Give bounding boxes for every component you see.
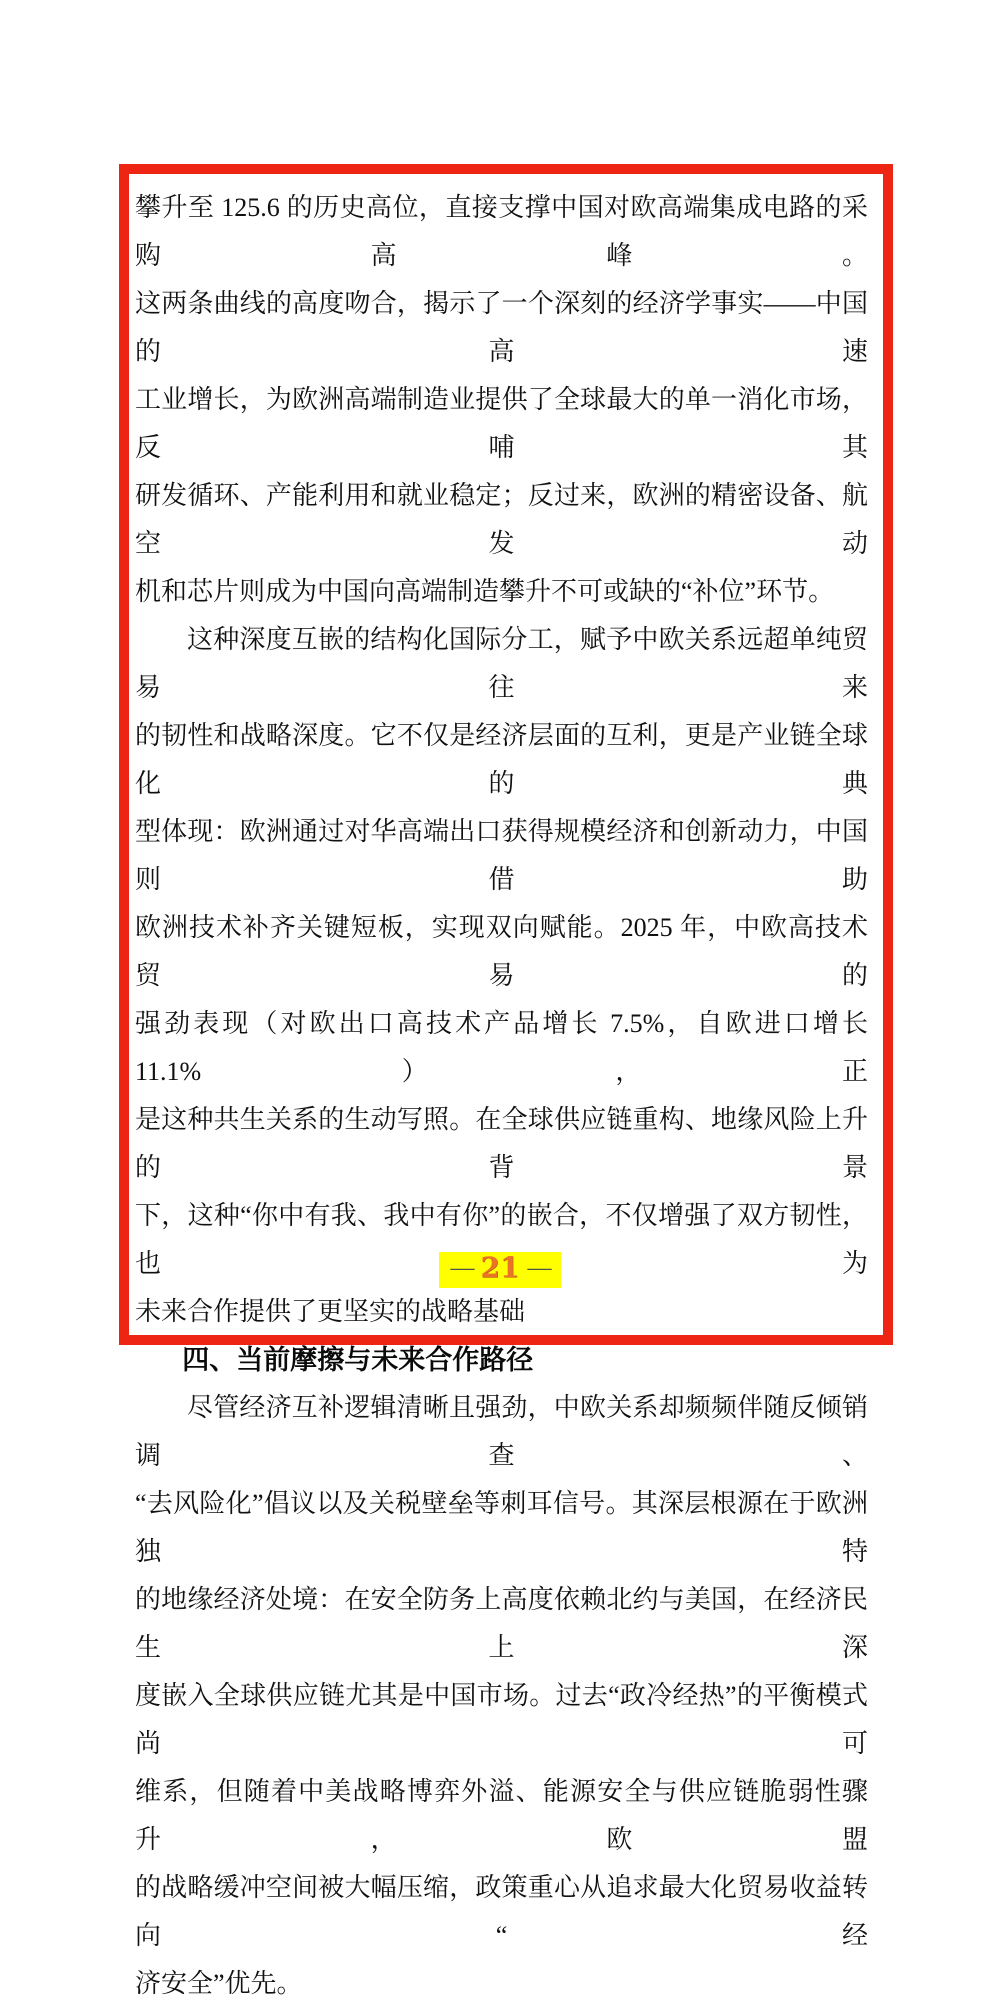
page-border-frame: 攀升至 125.6 的历史高位，直接支撑中国对欧高端集成电路的采购高峰。 这两条… xyxy=(119,164,893,1345)
body-line: “去风险化”倡议以及关税壁垒等刺耳信号。其深层根源在于欧洲独特 xyxy=(135,1480,868,1576)
body-line: 是这种共生关系的生动写照。在全球供应链重构、地缘风险上升的背景 xyxy=(135,1096,868,1192)
body-line: 度嵌入全球供应链尤其是中国市场。过去“政冷经热”的平衡模式尚可 xyxy=(135,1672,868,1768)
body-line: 强劲表现（对欧出口高技术产品增长 7.5%，自欧进口增长 11.1%），正 xyxy=(135,1000,868,1096)
body-line: 攀升至 125.6 的历史高位，直接支撑中国对欧高端集成电路的采购高峰。 xyxy=(135,184,868,280)
page-number-highlight: —21— xyxy=(439,1252,562,1288)
body-line: 这两条曲线的高度吻合，揭示了一个深刻的经济学事实——中国的高速 xyxy=(135,280,868,376)
body-line: 维系，但随着中美战略博弈外溢、能源安全与供应链脆弱性骤升，欧盟 xyxy=(135,1768,868,1864)
body-line: 未来合作提供了更坚实的战略基础 xyxy=(135,1288,868,1336)
body-line: 的战略缓冲空间被大幅压缩，政策重心从追求最大化贸易收益转向“经 xyxy=(135,1864,868,1960)
body-line: 的地缘经济处境：在安全防务上高度依赖北约与美国，在经济民生上深 xyxy=(135,1576,868,1672)
body-line: 的韧性和战略深度。它不仅是经济层面的互利，更是产业链全球化的典 xyxy=(135,712,868,808)
body-line: 济安全”优先。 xyxy=(135,1960,868,2008)
body-line: 工业增长，为欧洲高端制造业提供了全球最大的单一消化市场，反哺其 xyxy=(135,376,868,472)
body-line: 尽管经济互补逻辑清晰且强劲，中欧关系却频频伴随反倾销调查、 xyxy=(135,1384,868,1480)
body-line: 欧洲技术补齐关键短板，实现双向赋能。2025 年，中欧高技术贸易的 xyxy=(135,904,868,1000)
page-footer: —21— xyxy=(0,1252,1000,1288)
footer-right-dash: — xyxy=(527,1255,549,1281)
footer-left-dash: — xyxy=(451,1255,473,1281)
section-heading: 四、当前摩擦与未来合作路径 xyxy=(135,1336,868,1384)
body-line: 机和芯片则成为中国向高端制造攀升不可或缺的“补位”环节。 xyxy=(135,568,868,616)
page-content: 攀升至 125.6 的历史高位，直接支撑中国对欧高端集成电路的采购高峰。 这两条… xyxy=(129,174,883,2008)
page-number: 21 xyxy=(473,1251,528,1284)
body-line: 这种深度互嵌的结构化国际分工，赋予中欧关系远超单纯贸易往来 xyxy=(135,616,868,712)
body-line: 研发循环、产能利用和就业稳定；反过来，欧洲的精密设备、航空发动 xyxy=(135,472,868,568)
body-line: 型体现：欧洲通过对华高端出口获得规模经济和创新动力，中国则借助 xyxy=(135,808,868,904)
